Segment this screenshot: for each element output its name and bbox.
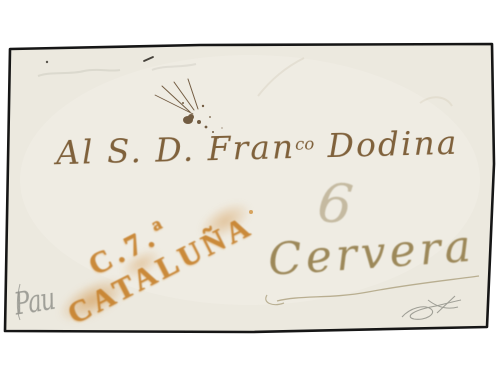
ink-dot: [46, 61, 48, 63]
stamp-ink-speck: [249, 210, 253, 214]
splatter-dot: [205, 126, 208, 129]
splatter-dot: [209, 116, 211, 118]
splatter-dot: [217, 137, 219, 139]
splatter-dot: [182, 102, 184, 104]
paper-sheen: [20, 55, 480, 305]
splatter-dot: [212, 131, 214, 133]
cover-graphics: [0, 0, 500, 375]
scanned-cover-image: C.7.ª CATALUÑA Al S. D. FrancoDodina 6 C…: [0, 0, 500, 375]
splatter-dot: [221, 127, 222, 128]
splatter-dot: [202, 105, 204, 107]
splatter-dot: [188, 114, 194, 120]
splatter-dot: [197, 120, 201, 124]
